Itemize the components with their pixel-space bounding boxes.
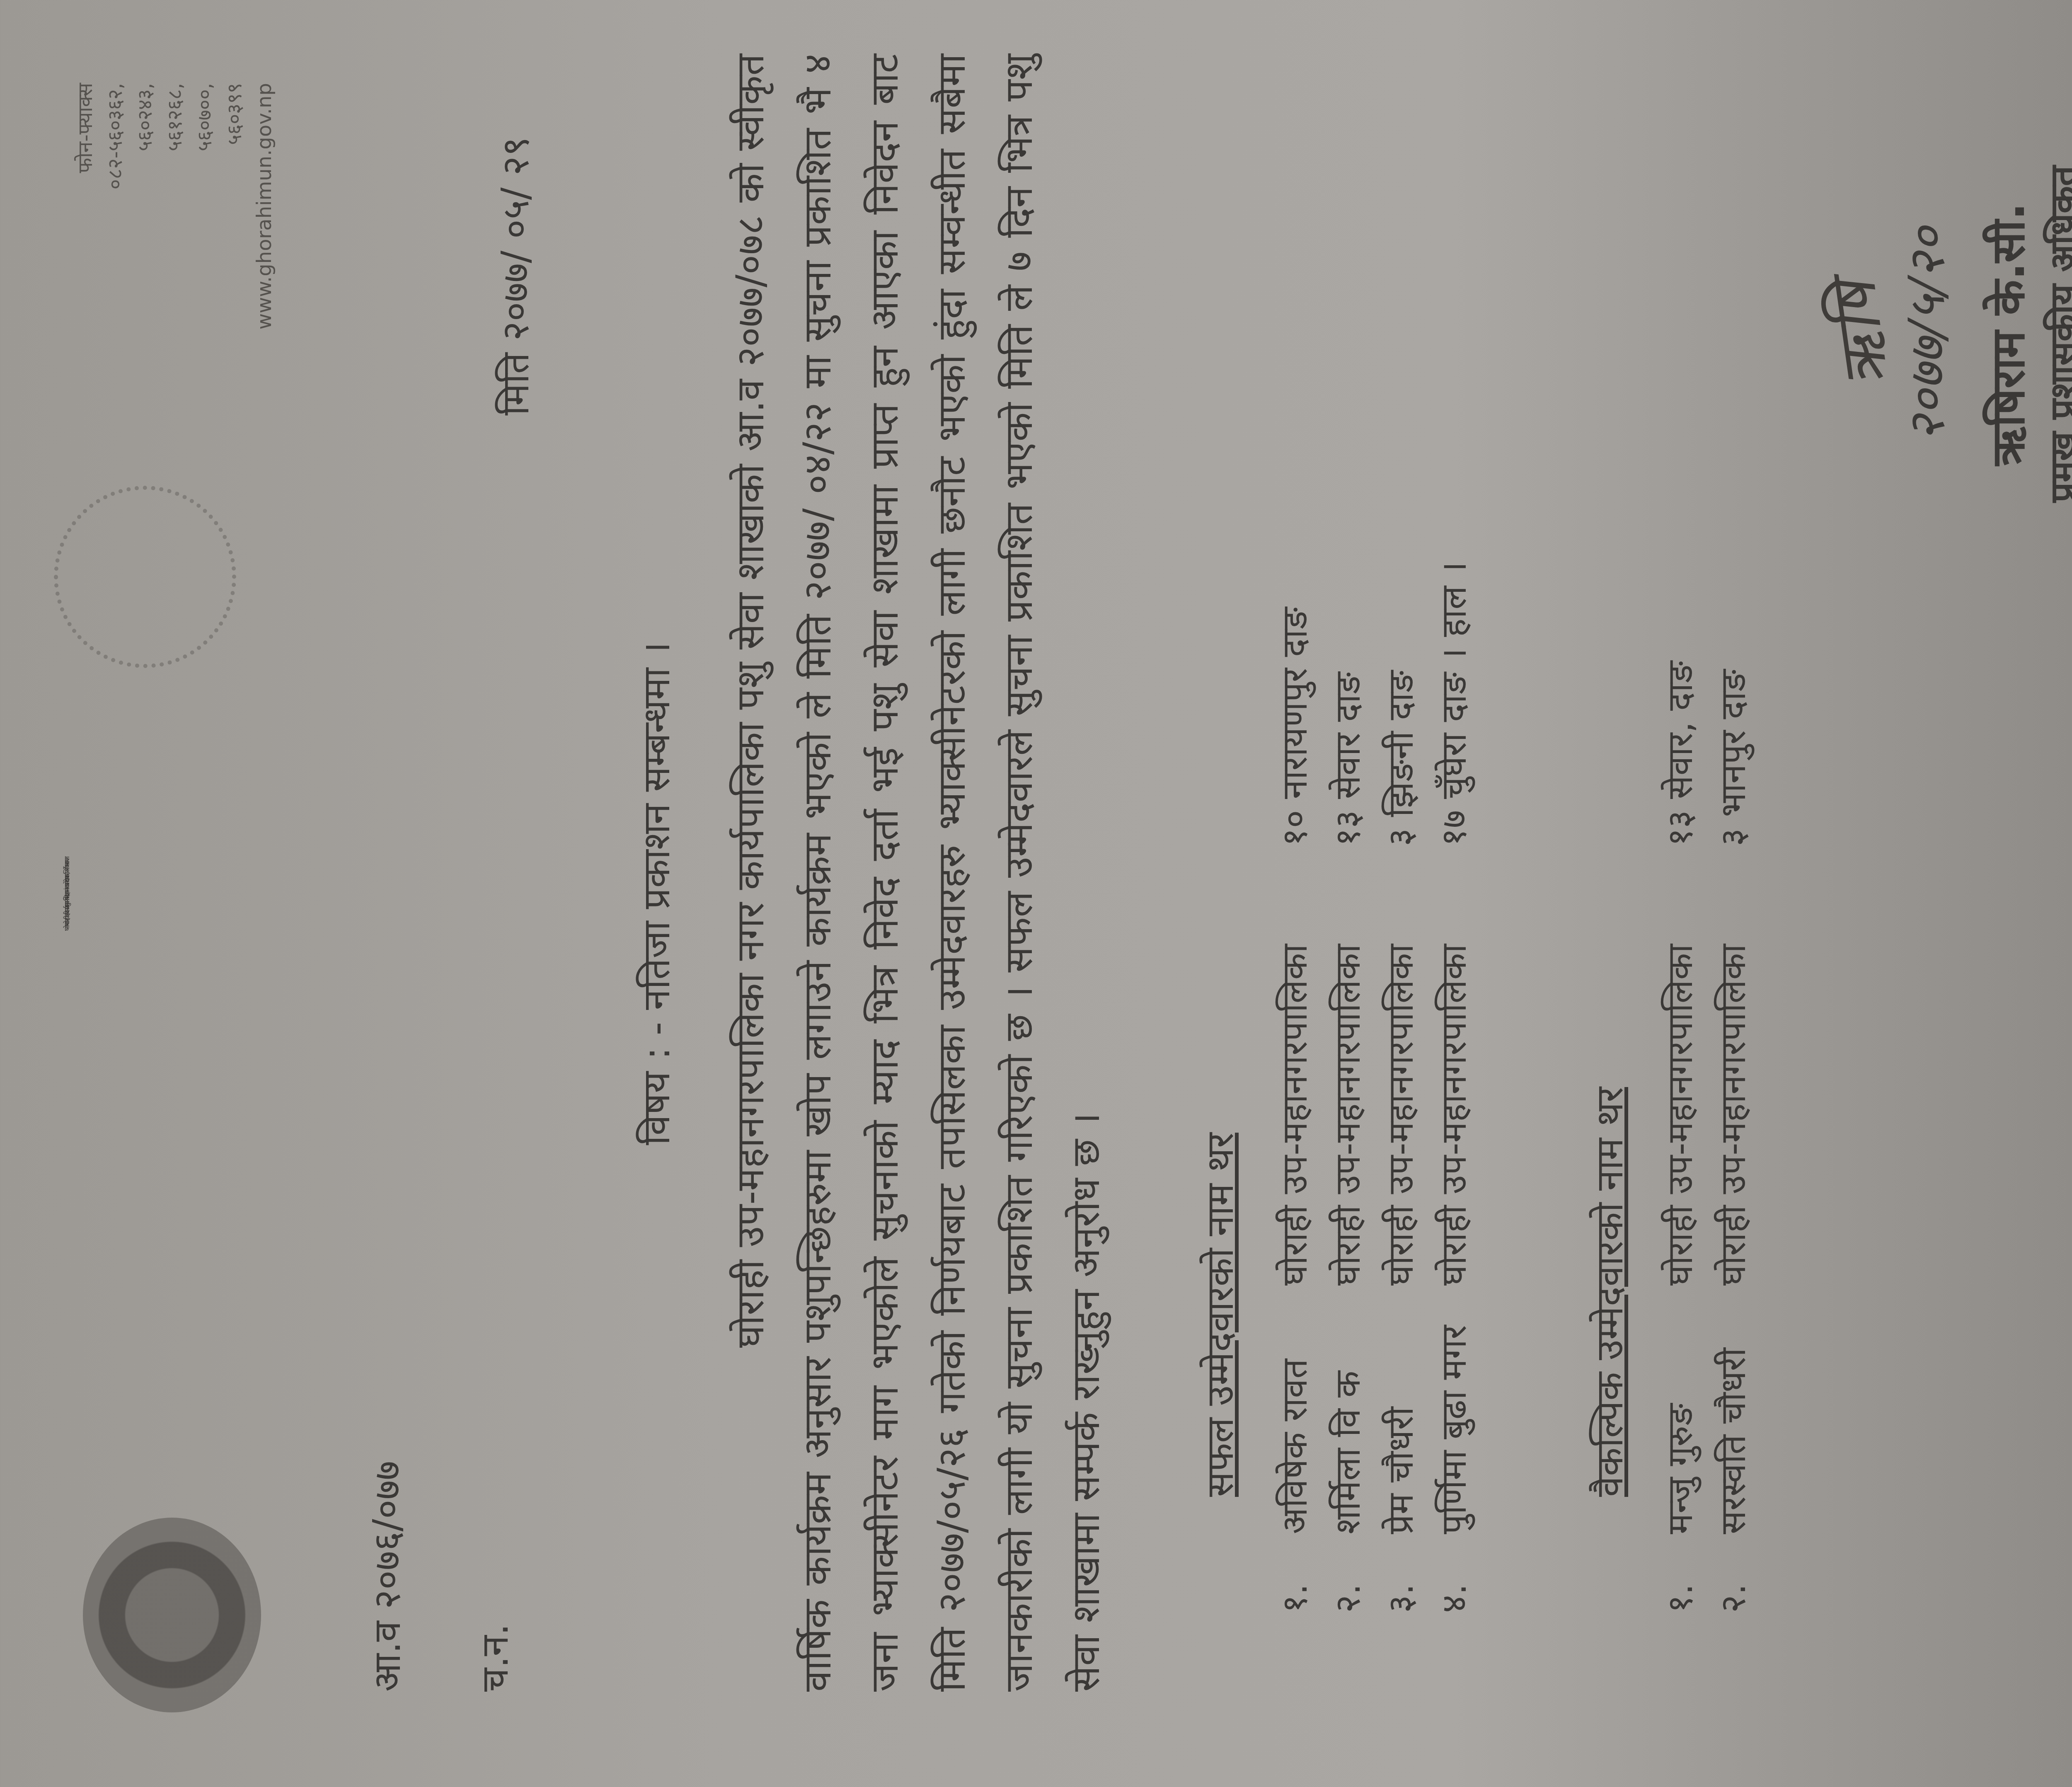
letter-body: घोराही उप-महानगरपालिका नगर कार्यपालिका प… [717, 54, 1120, 1692]
list-item: २. शर्मिला वि क घोराही उप-महानगरपालिका १… [1321, 562, 1374, 1613]
phone-number: ५६१२६८, [160, 83, 190, 329]
alternate-title: वैकल्पिक उम्मेदवारको नाम थर [1583, 1087, 1634, 1497]
list-item: १. मन्जु गुरुङ घोराही उप-महानगरपालिका १३… [1653, 661, 1706, 1613]
fiscal-year-ref: आ.व २०७६/०७७ [361, 1461, 411, 1692]
letter-page: घोराही उप-महानगरपालिका नगर कार्यपालिकाको… [0, 0, 2072, 1787]
dispatch-number: च.न. [468, 1624, 519, 1692]
list-item: २. सरस्वति चौधरी घोराही उप-महानगरपालिका … [1706, 661, 1760, 1613]
phone-number: ०८२-५६०३६२, [100, 83, 130, 329]
subject-line: विषय : - नतिजा प्रकाशन सम्बन्धमा । [630, 0, 680, 1787]
phone-number: ५६०२४३, [130, 83, 160, 329]
letter-date: मिति २०७७/ ०५/ २९ [489, 137, 540, 416]
list-item: ३. प्रेम चौधरी घोराही उप-महानगरपालिका ३ … [1374, 562, 1427, 1613]
nepal-emblem-icon [83, 1518, 261, 1712]
signatory-title: प्रमुख प्रशासकीय अधिकृत [2038, 166, 2072, 503]
phone-number: ५६०७००, [190, 83, 220, 329]
contact-label: फोन-फ्याक्स [70, 83, 100, 329]
website: www.ghorahimun.gov.np [249, 83, 279, 329]
office-address: घोराही दाङ -५, नं प्रदेश, नेपाल [62, 0, 71, 1787]
signature-block: ऋषि २०७७/५/२० ऋषिराम के.सी. प्रमुख प्रशा… [1815, 166, 2072, 503]
successful-title: सफल उम्मेदवारको नाम थर [1193, 1133, 1244, 1497]
office-seal-stamp [54, 486, 236, 668]
list-item: १. अविषेक रावत घोराही उप-महानगरपालिका १०… [1268, 562, 1321, 1613]
alternate-list: १. मन्जु गुरुङ घोराही उप-महानगरपालिका १३… [1653, 661, 1760, 1613]
signatory-name: ऋषिराम के.सी. [1975, 166, 2038, 503]
contact-block: फोन-फ्याक्स ०८२-५६०३६२, ५६०२४३, ५६१२६८, … [70, 83, 279, 329]
phone-number: ५६०३९९ [220, 83, 249, 329]
list-item: ४. पुर्णिमा बुढा मगर घोराही उप-महानगरपाल… [1427, 562, 1480, 1613]
successful-list: १. अविषेक रावत घोराही उप-महानगरपालिका १०… [1268, 562, 1480, 1613]
